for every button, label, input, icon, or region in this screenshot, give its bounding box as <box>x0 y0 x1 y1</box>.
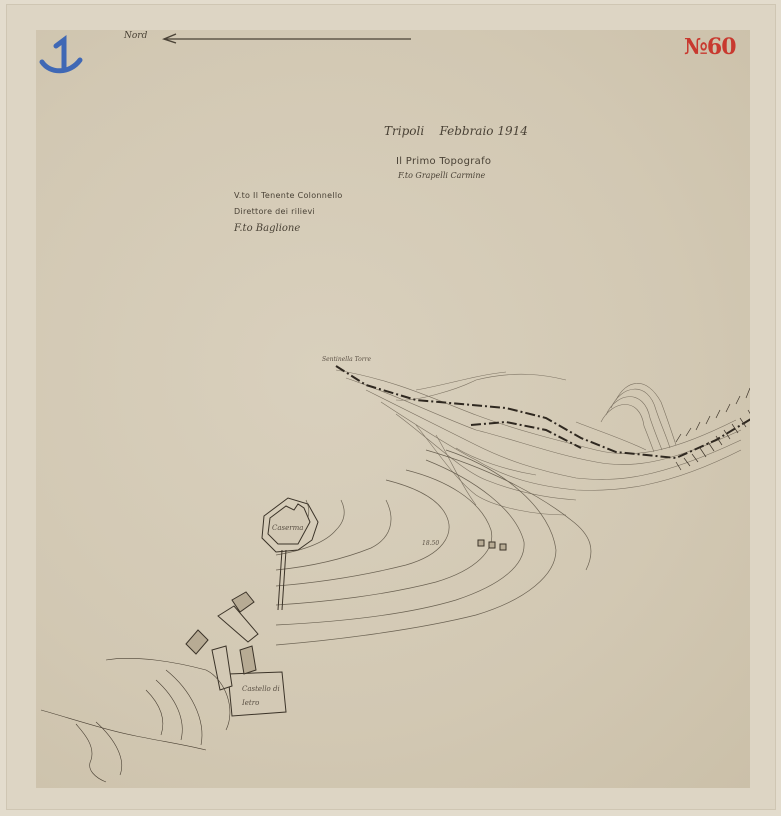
topographer-title: Il Primo Topografo <box>396 156 491 167</box>
spot-height-label: 18.50 <box>422 540 439 547</box>
map-drawing <box>36 30 750 788</box>
caserma-label: Caserma <box>272 524 303 532</box>
approval-signature: F.to Baglione <box>234 223 300 234</box>
contour-lines-north <box>336 370 741 515</box>
castello-label: Castello di Ietro <box>242 682 282 710</box>
archive-number-stamp: №60 <box>684 34 736 60</box>
north-label: Nord <box>124 31 147 41</box>
date: Febbraio 1914 <box>439 124 527 138</box>
topographer-signature: F.to Grapelli Carmine <box>398 171 485 180</box>
approval-line-2: Direttore dei rilievi <box>234 207 315 216</box>
escarpment-hatching <box>676 388 750 470</box>
place-date: Tripoli Febbraio 1914 <box>384 124 528 138</box>
tower-label: Sentinella Torre <box>322 356 371 363</box>
coastline <box>41 658 230 782</box>
place-name: Tripoli <box>384 124 424 138</box>
north-arrow-icon <box>164 34 411 43</box>
photo-mount: №60 Nord Tripoli Febbraio 1914 Il Primo … <box>0 0 781 816</box>
sheet-number-stamp-icon <box>36 30 84 78</box>
contour-lines-south <box>276 450 591 645</box>
caserma-building <box>262 498 318 610</box>
map-sheet: №60 Nord Tripoli Febbraio 1914 Il Primo … <box>36 30 750 788</box>
boundary-road-line <box>336 366 750 458</box>
small-structures <box>478 540 506 550</box>
approval-line-1: V.to Il Tenente Colonnello <box>234 191 343 200</box>
mount-border: №60 Nord Tripoli Febbraio 1914 Il Primo … <box>6 4 776 810</box>
